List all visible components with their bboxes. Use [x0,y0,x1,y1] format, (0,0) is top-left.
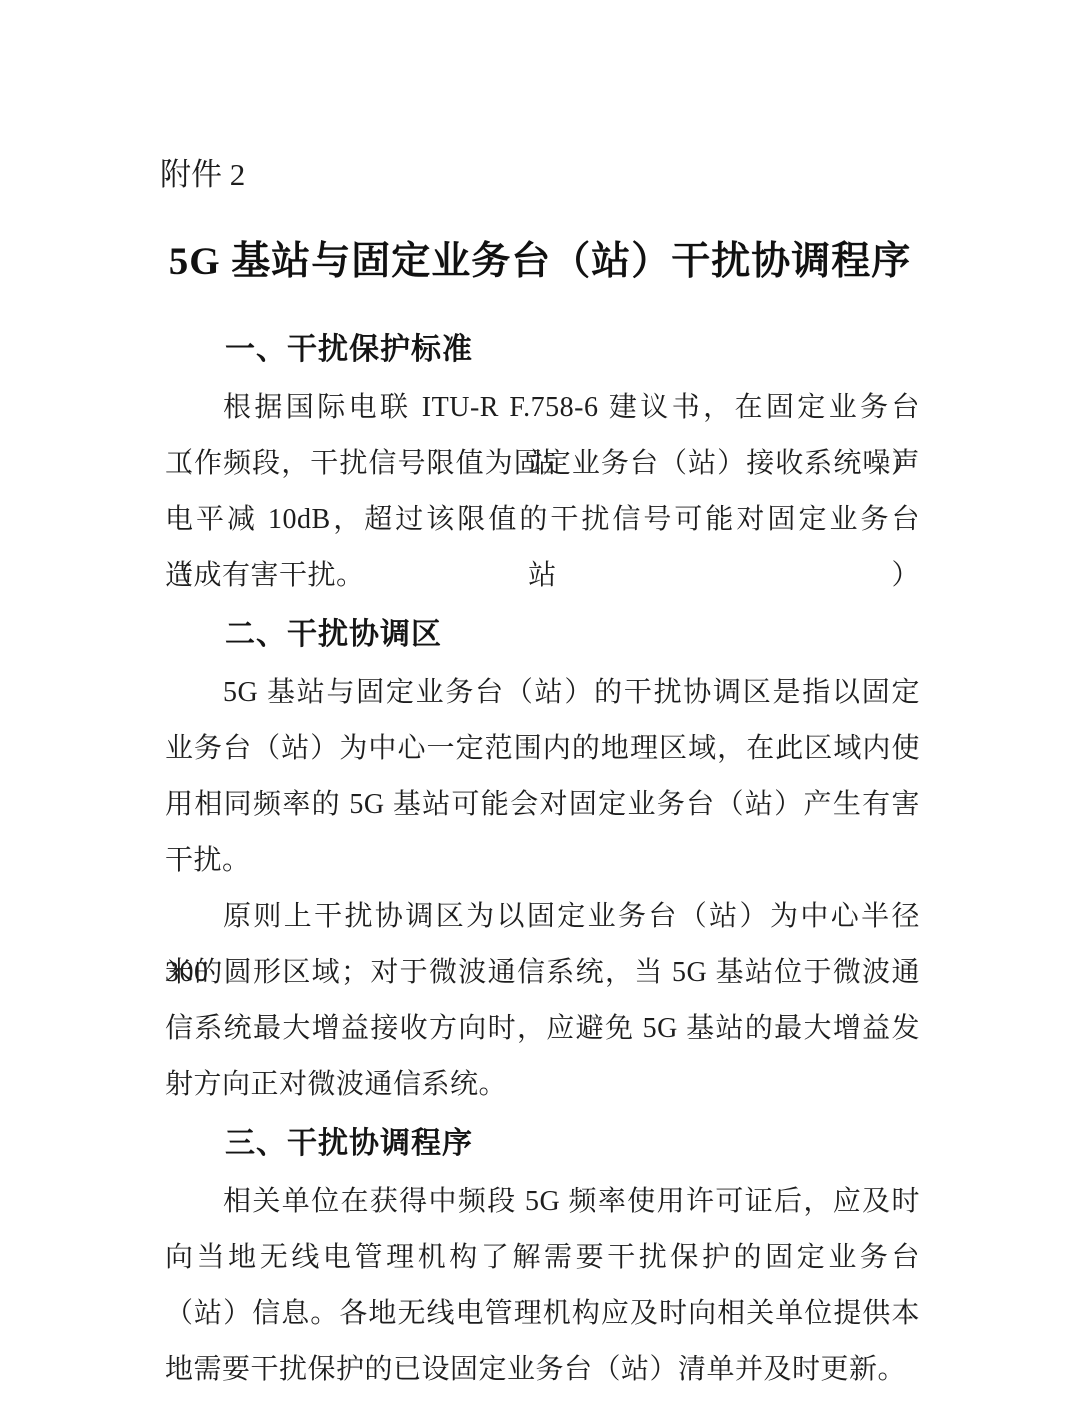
paragraph-line: 原则上干扰协调区为以固定业务台（站）为中心半径 300 [165,889,920,945]
paragraph-line: 5G 基站与固定业务台（站）的干扰协调区是指以固定 [165,665,920,721]
section-heading: 三、干扰协调程序 [165,1116,920,1172]
paragraph: 5G 基站与固定业务台（站）的干扰协调区是指以固定 业务台（站）为中心一定范围内… [165,665,920,889]
paragraph-line: 米的圆形区域；对于微波通信系统，当 5G 基站位于微波通 [165,945,920,1001]
paragraph-line: 根据国际电联 ITU-R F.758-6 建议书，在固定业务台（站） [165,380,920,436]
paragraph: 原则上干扰协调区为以固定业务台（站）为中心半径 300 米的圆形区域；对于微波通… [165,889,920,1113]
paragraph-line: 用相同频率的 5G 基站可能会对固定业务台（站）产生有害 [165,777,920,833]
section-heading: 一、干扰保护标准 [165,322,920,378]
document-title: 5G 基站与固定业务台（站）干扰协调程序 [161,236,919,288]
paragraph: 根据国际电联 ITU-R F.758-6 建议书，在固定业务台（站） 工作频段，… [165,380,920,604]
paragraph-line: 业务台（站）为中心一定范围内的地理区域，在此区域内使 [165,721,920,777]
paragraph-line: 地需要干扰保护的已设固定业务台（站）清单并及时更新。 [165,1342,920,1398]
section-heading: 二、干扰协调区 [165,607,920,663]
paragraph-line: （站）信息。各地无线电管理机构应及时向相关单位提供本 [165,1286,920,1342]
paragraph-line: 向当地无线电管理机构了解需要干扰保护的固定业务台 [165,1230,920,1286]
document-page: 附件 2 5G 基站与固定业务台（站）干扰协调程序 一、干扰保护标准 根据国际电… [0,0,1080,1401]
attachment-label: 附件 2 [160,155,245,195]
paragraph-line: 干扰。 [165,833,920,889]
paragraph-line: 相关单位在获得中频段 5G 频率使用许可证后，应及时 [165,1174,920,1230]
paragraph-line: 工作频段，干扰信号限值为固定业务台（站）接收系统噪声 [165,436,920,492]
paragraph: 相关单位在获得中频段 5G 频率使用许可证后，应及时 向当地无线电管理机构了解需… [165,1174,920,1398]
paragraph-line: 射方向正对微波通信系统。 [165,1057,920,1113]
document-body: 一、干扰保护标准 根据国际电联 ITU-R F.758-6 建议书，在固定业务台… [165,322,920,1398]
paragraph-line: 信系统最大增益接收方向时，应避免 5G 基站的最大增益发 [165,1001,920,1057]
paragraph-line: 电平减 10dB，超过该限值的干扰信号可能对固定业务台（站） [165,492,920,548]
